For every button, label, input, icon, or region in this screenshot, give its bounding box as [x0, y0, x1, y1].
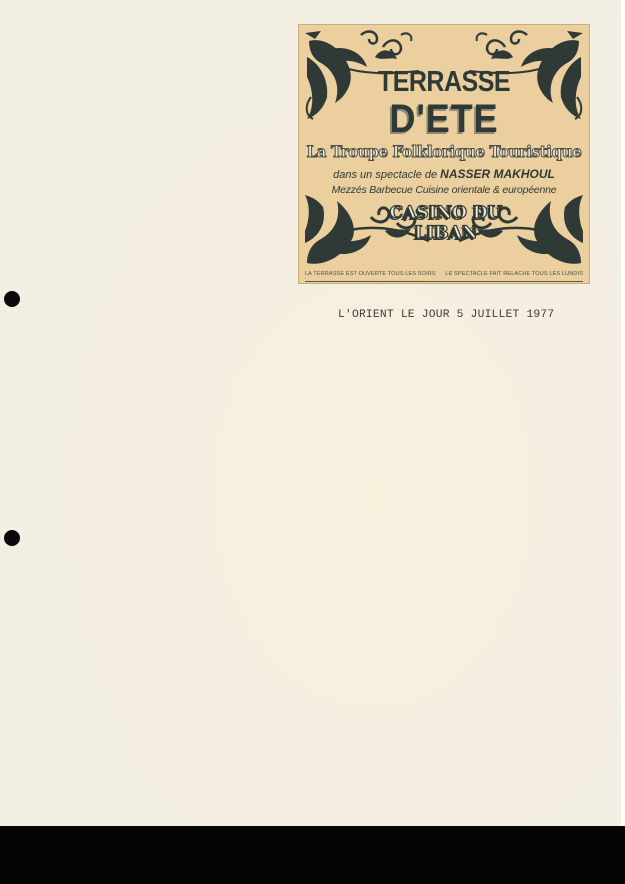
newspaper-clipping-advertisement: TERRASSE D'ETE La Troupe Folklorique Tou…: [298, 24, 590, 284]
punch-hole: [4, 530, 20, 546]
ad-footer-rule: [305, 281, 583, 282]
ad-venue-logo: CASINO DU LIBAN: [371, 203, 521, 243]
ad-footer-left: LA TERRASSE EST OUVERTE TOUS LES SOIRS: [305, 271, 436, 277]
ad-menu-line: Mezzés Barbecue Cuisine orientale & euro…: [299, 184, 589, 196]
document-sheet: TERRASSE D'ETE La Troupe Folklorique Tou…: [0, 0, 621, 826]
ad-title-dete: D'ETE: [314, 97, 575, 142]
ad-title-terrasse: TERRASSE: [299, 66, 589, 99]
punch-hole: [4, 291, 20, 307]
ad-troupe-name: La Troupe Folklorique Touristique: [303, 142, 584, 161]
scan-background-band: [0, 826, 625, 884]
ad-show-prefix: dans un spectacle de: [333, 169, 437, 181]
source-caption: L'ORIENT LE JOUR 5 JUILLET 1977: [338, 309, 554, 321]
ad-show-line: dans un spectacle de NASSER MAKHOUL: [299, 167, 589, 181]
ad-footer: LA TERRASSE EST OUVERTE TOUS LES SOIRS L…: [299, 271, 589, 277]
ad-performer: NASSER MAKHOUL: [440, 167, 555, 181]
scan-margin: [621, 0, 625, 826]
ad-footer-right: LE SPECTACLE FAIT RELACHE TOUS LES LUNDI…: [445, 271, 583, 277]
